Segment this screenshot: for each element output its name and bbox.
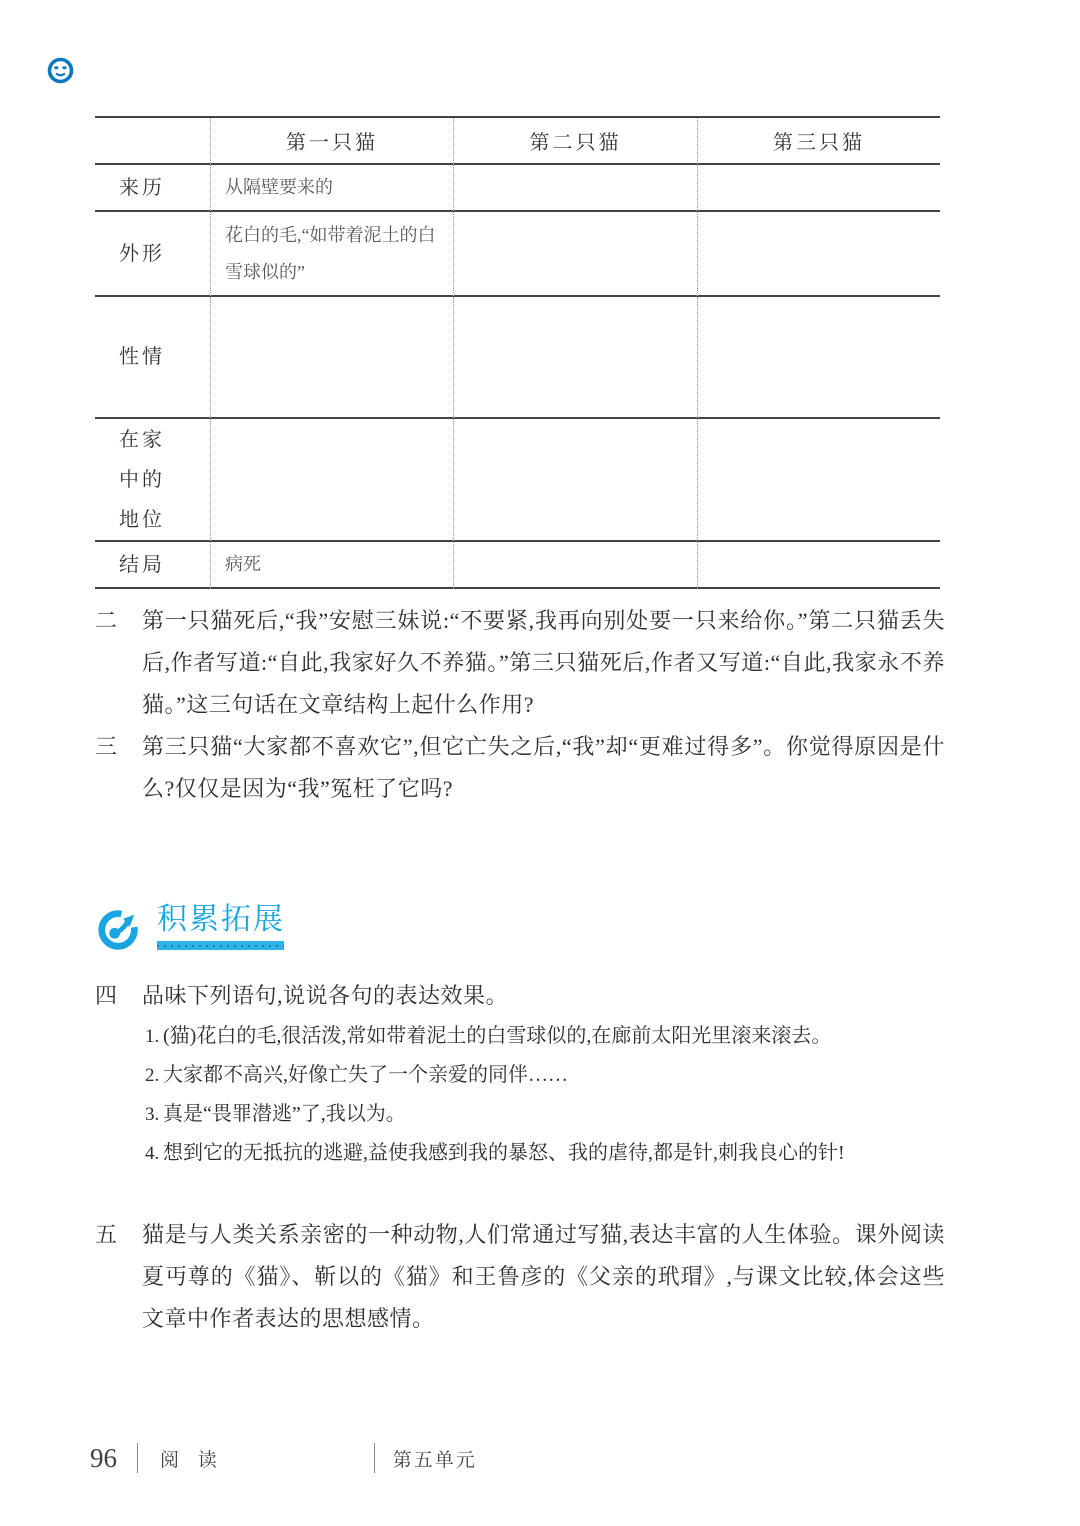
list-item: 1. (猫)花白的毛,很活泼,常如带着泥土的白雪球似的,在廊前太阳光里滚来滚去。 [145, 1017, 945, 1056]
cell-appearance-cat3 [697, 212, 940, 297]
cell-origin-cat1: 从隔壁要来的 [210, 165, 453, 212]
cell-temperament-cat1 [210, 297, 453, 419]
row-label-appearance: 外形 [95, 212, 210, 297]
cell-status-cat1 [210, 419, 453, 542]
footer-divider [137, 1443, 138, 1473]
section-header: 积累拓展 [95, 902, 285, 952]
item-1-text: (猫)花白的毛,很活泼,常如带着泥土的白雪球似的,在廊前太阳光里滚来滚去。 [163, 1017, 945, 1056]
list-item: 2. 大家都不高兴,好像亡失了一个亲爱的同伴…… [145, 1056, 945, 1095]
row-label-temperament: 性情 [95, 297, 210, 419]
cell-status-cat3 [697, 419, 940, 542]
question-3-text: 第三只猫“大家都不喜欢它”,但它亡失之后,“我”却“更难过得多”。你觉得原因是什… [142, 726, 945, 810]
question-2-text: 第一只猫死后,“我”安慰三妹说:“不要紧,我再向别处要一只来给你。”第二只猫丢失… [142, 600, 945, 726]
cell-appearance-cat1: 花白的毛,“如带着泥土的白雪球似的” [210, 212, 453, 297]
cell-temperament-cat3 [697, 297, 940, 419]
textbook-page: 第一只猫 第二只猫 第三只猫 来历 从隔壁要来的 外形 花白的毛,“如带着泥土的… [0, 0, 1080, 1526]
item-3-number: 3. [145, 1095, 163, 1134]
page-footer: 96 阅 读 第五单元 [90, 1438, 477, 1478]
question-3: 三 第三只猫“大家都不喜欢它”,但它亡失之后,“我”却“更难过得多”。你觉得原因… [95, 726, 945, 810]
row-label-ending: 结局 [95, 542, 210, 589]
row-label-status: 在家中的地位 [95, 419, 210, 542]
section-underline-bar [157, 941, 284, 950]
cell-origin-cat2 [453, 165, 697, 212]
question-5-block: 五 猫是与人类关系亲密的一种动物,人们常通过写猫,表达丰富的人生体验。课外阅读夏… [95, 1214, 945, 1340]
question-5-number: 五 [95, 1214, 142, 1340]
question-2: 二 第一只猫死后,“我”安慰三妹说:“不要紧,我再向别处要一只来给你。”第二只猫… [95, 600, 945, 726]
question-4-items: 1. (猫)花白的毛,很活泼,常如带着泥土的白雪球似的,在廊前太阳光里滚来滚去。… [145, 1017, 945, 1173]
questions-section: 二 第一只猫死后,“我”安慰三妹说:“不要紧,我再向别处要一只来给你。”第二只猫… [95, 600, 945, 810]
table-corner-cell [95, 118, 210, 165]
smiley-face-icon [47, 57, 74, 84]
item-2-text: 大家都不高兴,好像亡失了一个亲爱的同伴…… [163, 1056, 945, 1095]
section-title-block: 积累拓展 [157, 902, 285, 950]
question-5: 五 猫是与人类关系亲密的一种动物,人们常通过写猫,表达丰富的人生体验。课外阅读夏… [95, 1214, 945, 1340]
cell-temperament-cat2 [453, 297, 697, 419]
question-3-number: 三 [95, 726, 142, 810]
list-item: 3. 真是“畏罪潜逃”了,我以为。 [145, 1095, 945, 1134]
item-4-text: 想到它的无抵抗的逃避,益使我感到我的暴怒、我的虐待,都是针,刺我良心的针! [163, 1134, 945, 1173]
item-2-number: 2. [145, 1056, 163, 1095]
cats-comparison-table: 第一只猫 第二只猫 第三只猫 来历 从隔壁要来的 外形 花白的毛,“如带着泥土的… [95, 116, 940, 589]
question-4-stem: 品味下列语句,说说各句的表达效果。 [142, 975, 945, 1017]
footer-divider [374, 1443, 375, 1473]
footer-unit-label: 第五单元 [393, 1445, 477, 1472]
section-title: 积累拓展 [157, 902, 285, 938]
item-3-text: 真是“畏罪潜逃”了,我以为。 [163, 1095, 945, 1134]
footer-section-label: 阅 读 [160, 1445, 224, 1472]
item-1-number: 1. [145, 1017, 163, 1056]
table-header-cat2: 第二只猫 [453, 118, 697, 165]
table-header-cat1: 第一只猫 [210, 118, 453, 165]
question-4-number: 四 [95, 975, 142, 1017]
cell-status-cat2 [453, 419, 697, 542]
cell-ending-cat1: 病死 [210, 542, 453, 589]
question-4-stem-row: 四 品味下列语句,说说各句的表达效果。 [95, 975, 945, 1017]
question-4: 四 品味下列语句,说说各句的表达效果。 1. (猫)花白的毛,很活泼,常如带着泥… [95, 975, 945, 1173]
cell-ending-cat3 [697, 542, 940, 589]
circular-arrow-icon [95, 904, 141, 952]
question-2-number: 二 [95, 600, 142, 726]
cell-ending-cat2 [453, 542, 697, 589]
item-4-number: 4. [145, 1134, 163, 1173]
cell-appearance-cat2 [453, 212, 697, 297]
question-5-text: 猫是与人类关系亲密的一种动物,人们常通过写猫,表达丰富的人生体验。课外阅读夏丏尊… [142, 1214, 945, 1340]
cell-origin-cat3 [697, 165, 940, 212]
row-label-origin: 来历 [95, 165, 210, 212]
table-header-cat3: 第三只猫 [697, 118, 940, 165]
list-item: 4. 想到它的无抵抗的逃避,益使我感到我的暴怒、我的虐待,都是针,刺我良心的针! [145, 1134, 945, 1173]
page-number: 96 [90, 1443, 117, 1474]
